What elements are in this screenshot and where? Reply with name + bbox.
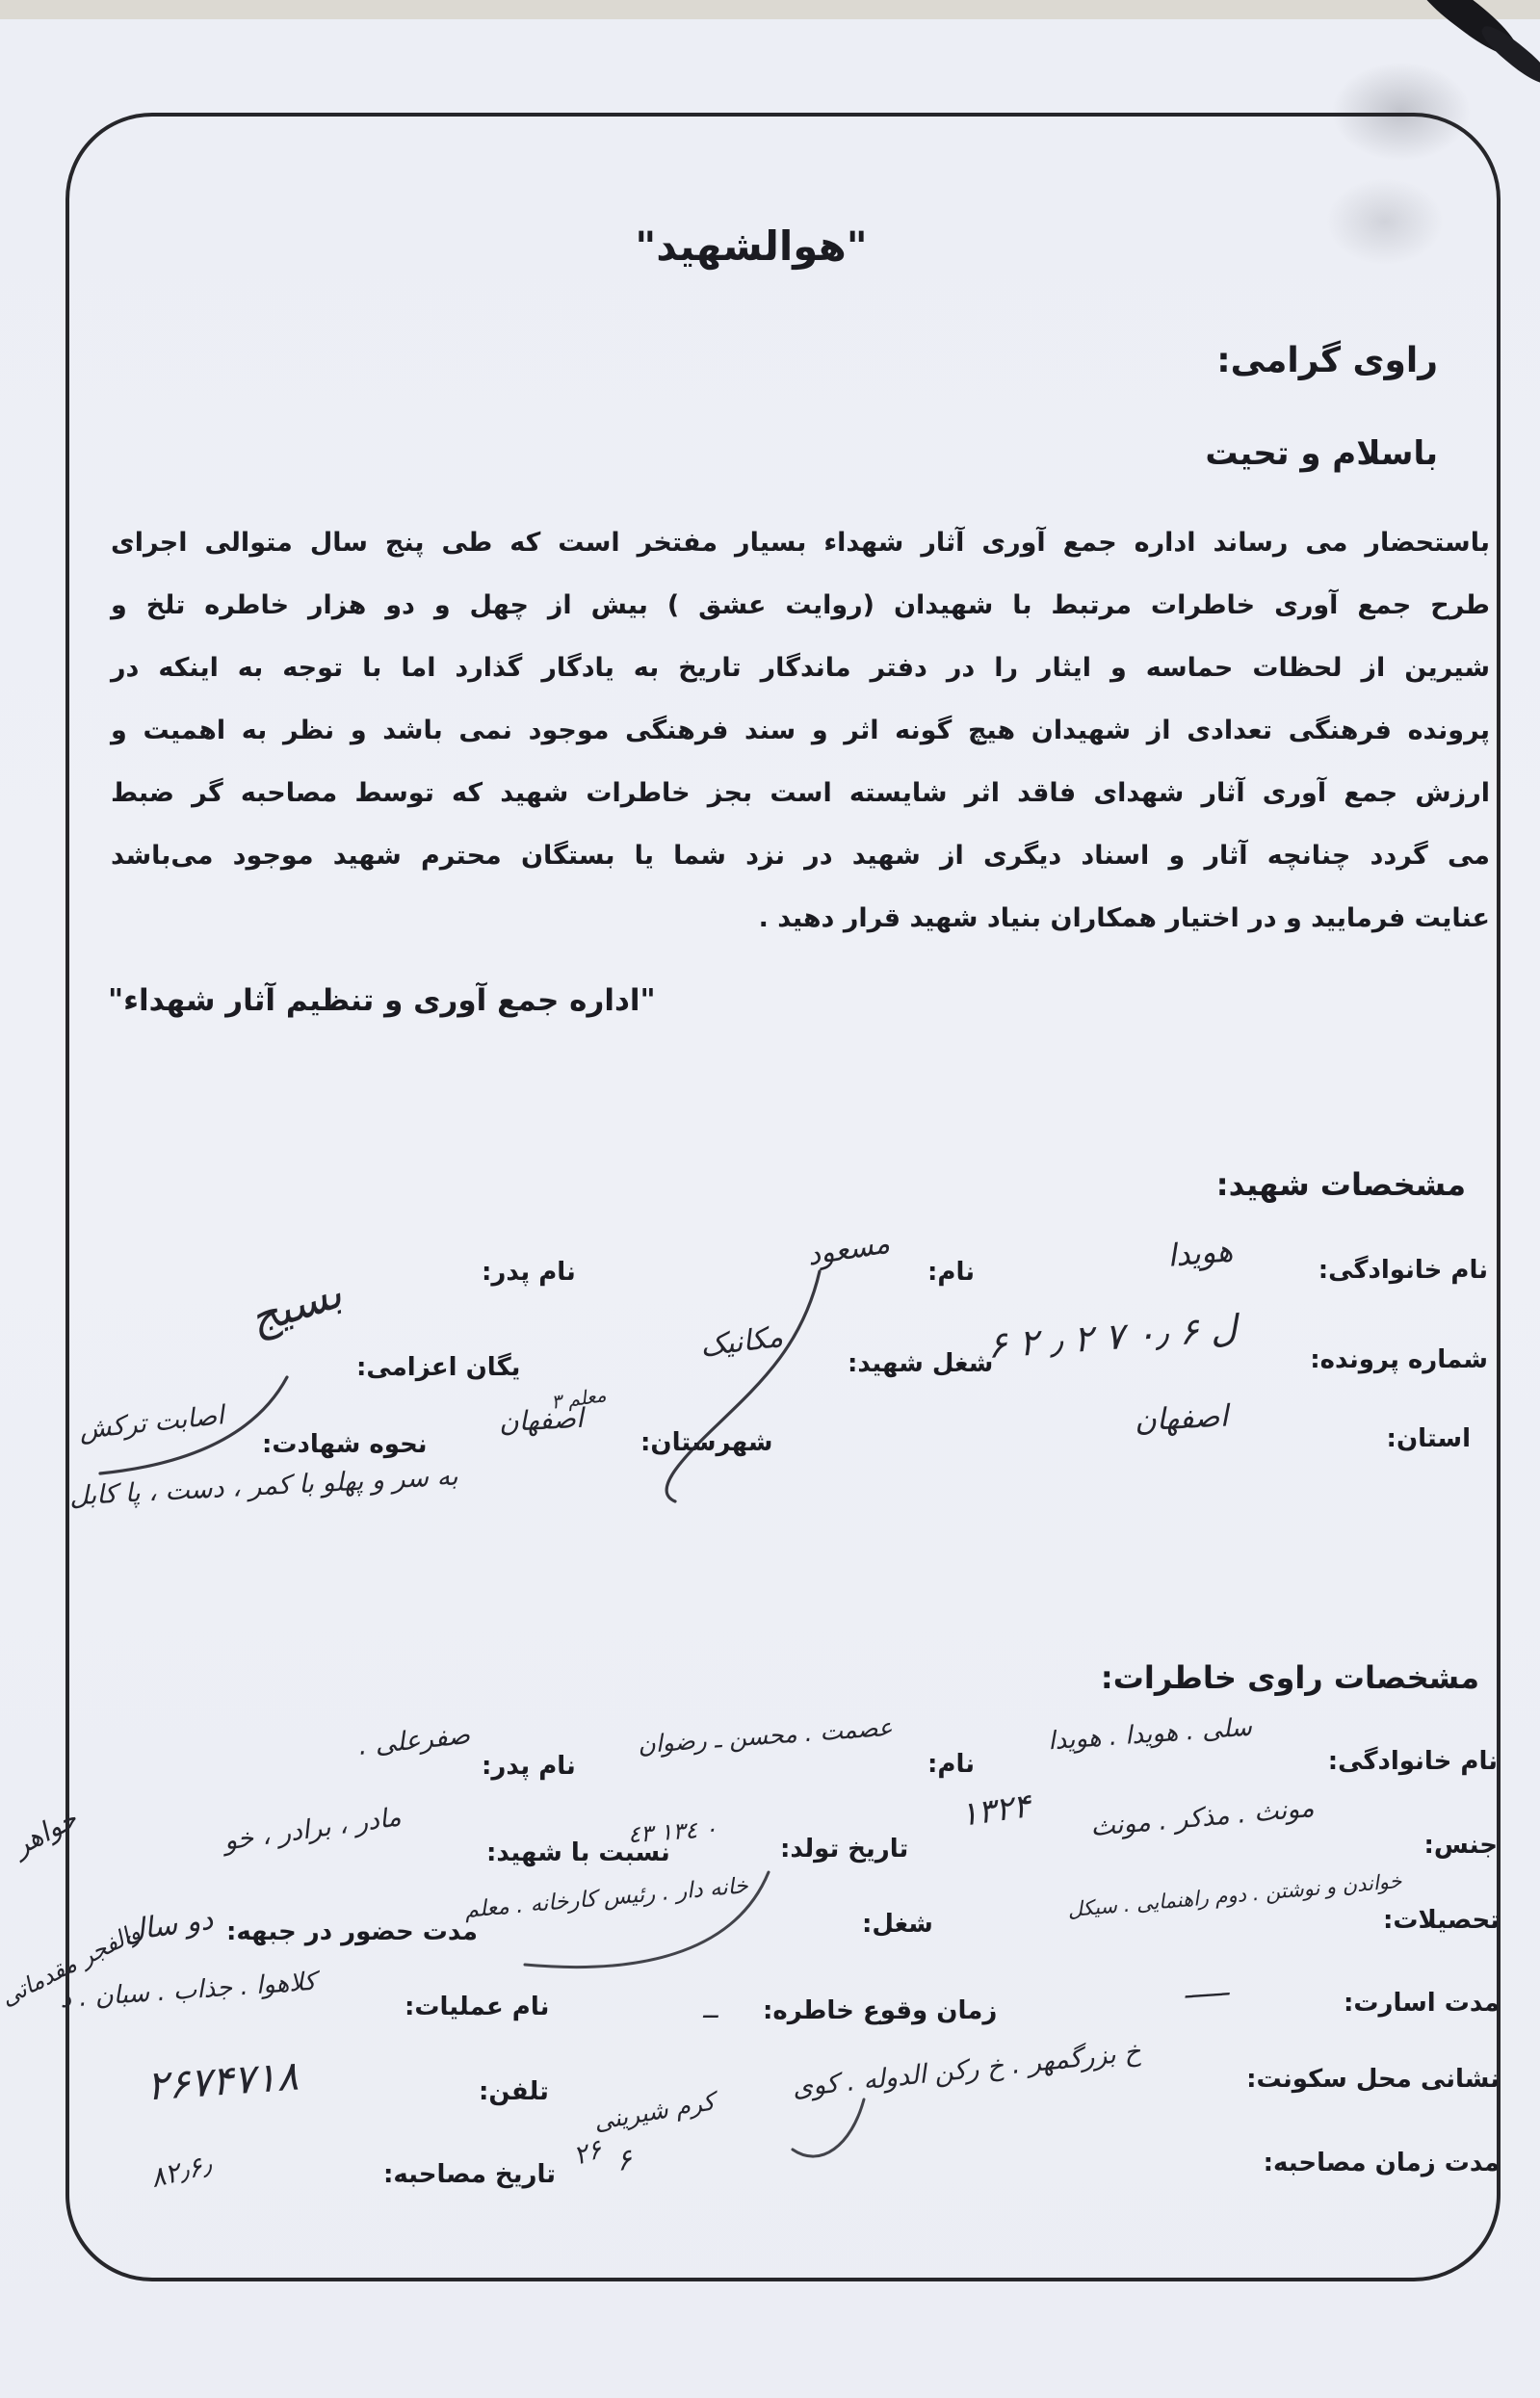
- narrator-memory-time-label: زمان وقوع خاطره:: [763, 1995, 997, 2027]
- corner-fold-mark: [1408, 0, 1528, 65]
- body-line-3: شیرین از لحظات حماسه و ایثار را در دفتر …: [111, 650, 1490, 687]
- greeting: باسلام و تحیت: [1205, 433, 1438, 475]
- narrator-relation-label: نسبت با شهید:: [486, 1838, 670, 1869]
- martyr-province-value: اصفهان: [1134, 1398, 1229, 1439]
- narrator-section-heading: مشخصات راوی خاطرات:: [1101, 1658, 1479, 1697]
- narrator-job-label: شغل:: [862, 1909, 933, 1941]
- narrator-captivity-value: ــــــ: [1184, 1972, 1230, 2005]
- narrator-captivity-label: مدت اسارت:: [1344, 1988, 1500, 2020]
- corner-fold-mark-2: [1476, 20, 1540, 90]
- body-line-5: ارزش جمع آوری آثار شهدای فاقد اثر شایسته…: [111, 775, 1490, 812]
- narrator-address-label: نشانی محل سکونت:: [1246, 2064, 1500, 2096]
- narrator-phone-label: تلفن:: [479, 2076, 549, 2108]
- interview-duration-label: مدت زمان مصاحبه:: [1264, 2148, 1500, 2179]
- body-line-4: پرونده فرهنگی تعدادی از شهیدان هیچ گونه …: [111, 713, 1490, 749]
- martyr-father-label: نام پدر:: [482, 1257, 576, 1289]
- salutation: راوی گرامی:: [1216, 339, 1438, 382]
- martyr-province-label: استان:: [1387, 1423, 1471, 1455]
- body-line-6: می گردد چنانچه آثار و اسناد دیگری از شهی…: [111, 838, 1490, 874]
- scanner-edge-band: [0, 0, 1540, 19]
- martyr-fileno-label: شماره پرونده:: [1310, 1344, 1488, 1376]
- letterhead-invocation: "هوالشهيد": [539, 222, 963, 273]
- narrator-memory-time-value: ــ: [703, 1995, 718, 2025]
- martyr-lastname-value: هویدا: [1165, 1232, 1234, 1274]
- body-line-2: طرح جمع آوری خاطرات مرتبط با شهیدان (روا…: [111, 587, 1490, 624]
- martyr-unit-label: یگان اعزامی:: [356, 1352, 520, 1384]
- martyr-lastname-label: نام خانوادگی:: [1318, 1255, 1488, 1287]
- martyr-firstname-label: نام:: [927, 1257, 975, 1289]
- martyr-city-label: شهرستان:: [640, 1427, 772, 1459]
- narrator-gender-label: جنس:: [1423, 1830, 1498, 1862]
- body-line-1: باستحضار می رساند اداره جمع آوری آثار شه…: [111, 525, 1490, 561]
- interview-date-label: تاریخ مصاحبه:: [383, 2159, 556, 2191]
- martyr-section-heading: مشخصات شهید:: [1216, 1165, 1466, 1204]
- narrator-lastname-label: نام خانوادگی:: [1328, 1746, 1498, 1778]
- body-line-7: عنایت فرمایید و در اختیار همکاران بنیاد …: [111, 900, 1490, 937]
- signoff-department: "اداره جمع آوری و تنظیم آثار شهداء": [108, 982, 656, 1020]
- martyr-job-label: شغل شهید:: [848, 1348, 993, 1380]
- narrator-birthdate-label: تاریخ تولد:: [780, 1834, 908, 1865]
- narrator-firstname-label: نام:: [927, 1749, 975, 1781]
- narrator-operation-label: نام عملیات:: [405, 1992, 549, 2023]
- narrator-front-label: مدت حضور در جبهه:: [226, 1916, 478, 1948]
- martyr-martyrdom-label: نحوه شهادت:: [262, 1429, 428, 1461]
- narrator-education-label: تحصیلات:: [1383, 1905, 1500, 1937]
- narrator-father-label: نام پدر:: [482, 1751, 576, 1783]
